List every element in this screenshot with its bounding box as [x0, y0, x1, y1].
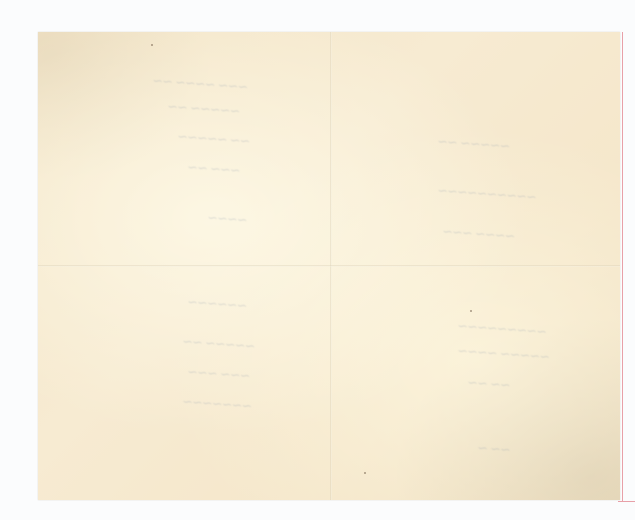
page-edge-line: [622, 32, 623, 502]
paper-speck: [364, 472, 366, 474]
bleed-through-mark: ~~~~~ ~~: [438, 134, 511, 154]
bleed-through-mark: ~~~~~~~: [183, 395, 253, 415]
bleed-through-mark: ~~~~~~~~~~: [438, 184, 538, 206]
bleed-through-mark: ~~~ ~~: [188, 160, 242, 179]
paper-speck: [151, 44, 153, 46]
horizontal-fold-line: [38, 265, 620, 267]
paper-sheet: ~~~ ~~~~ ~~ ~~~~~ ~~ ~~ ~~~~~ ~~~ ~~ ~~~…: [38, 32, 620, 500]
bleed-through-mark: ~~ ~~: [468, 376, 512, 394]
bleed-through-mark: ~~~~~~: [188, 295, 248, 314]
bleed-through-mark: ~~~ ~~~~ ~~: [153, 74, 249, 96]
bleed-through-mark: ~~~~~ ~~~~: [458, 344, 551, 365]
page-edge-line: [618, 501, 635, 502]
bleed-through-mark: ~~~~~ ~~: [183, 334, 256, 354]
bleed-through-mark: ~~ ~: [478, 441, 512, 458]
bleed-through-mark: ~~~~: [208, 211, 249, 229]
bleed-through-mark: ~~ ~~~~~: [178, 129, 251, 149]
bleed-through-mark: ~~~ ~~~: [188, 365, 251, 384]
bleed-through-mark: ~~~~~~~~~: [458, 319, 548, 340]
paper-speck: [470, 310, 472, 312]
bleed-through-mark: ~~~~~ ~~: [168, 99, 241, 119]
bleed-through-mark: ~~~~ ~~~: [443, 224, 516, 244]
